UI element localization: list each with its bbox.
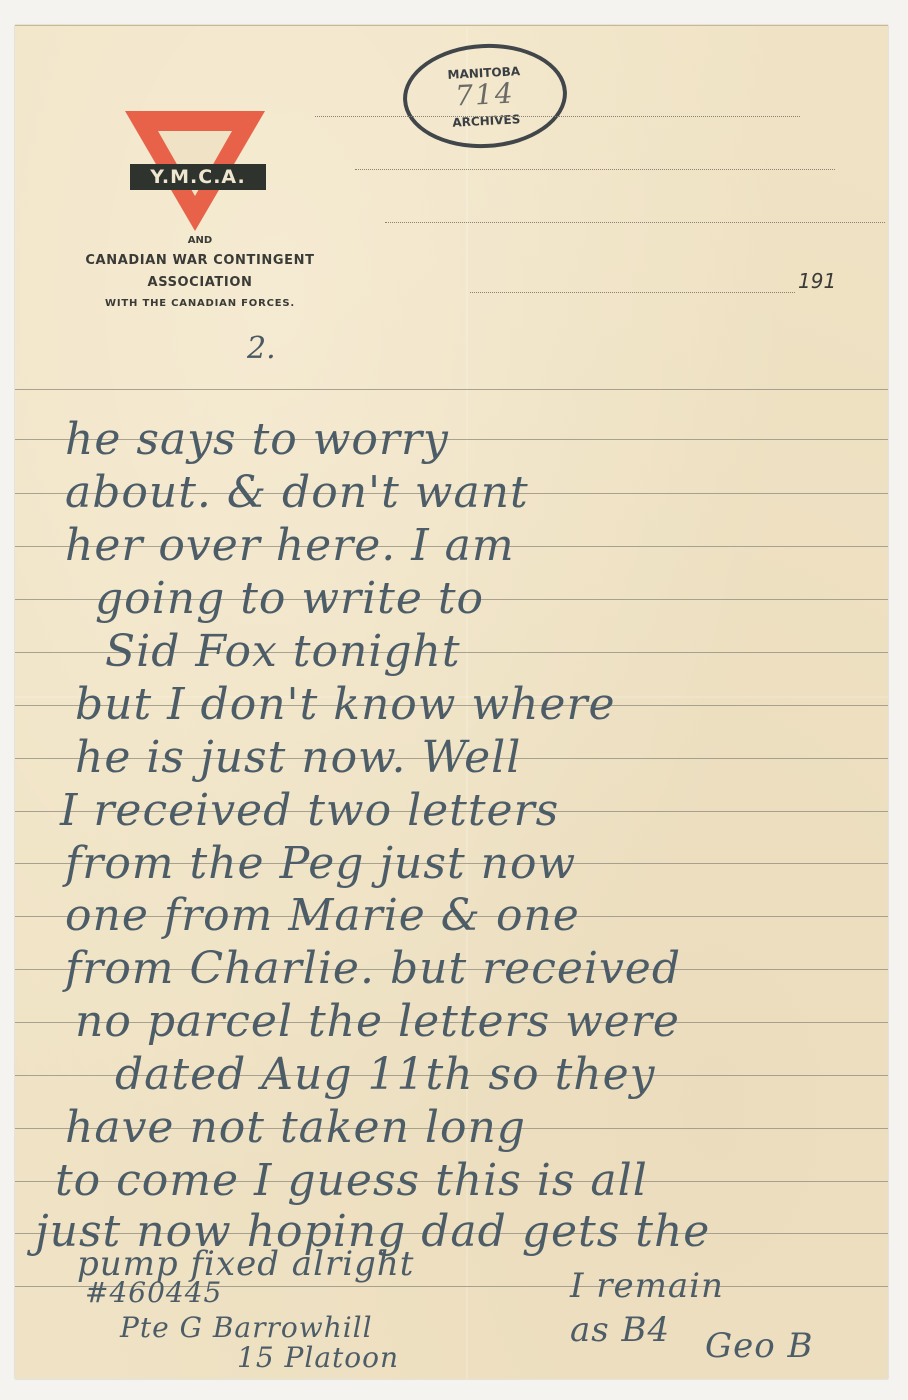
closing-remain: I remain bbox=[570, 1266, 724, 1306]
signature: Geo B bbox=[705, 1326, 814, 1366]
closing-as-before: as B4 bbox=[570, 1310, 670, 1350]
handwritten-line: but I don't know where bbox=[75, 679, 616, 730]
handwritten-line: about. & don't want bbox=[65, 467, 529, 518]
letterhead-line-3: WITH THE CANADIAN FORCES. bbox=[45, 298, 355, 309]
letterhead-line-2: ASSOCIATION bbox=[45, 275, 355, 290]
sender-name: Pte G Barrowhill bbox=[120, 1311, 373, 1344]
address-line-1 bbox=[315, 116, 800, 117]
letter-page: Y.M.C.A. AND CANADIAN WAR CONTINGENT ASS… bbox=[15, 25, 888, 1379]
handwritten-line: from Charlie. but received bbox=[65, 943, 681, 994]
date-line bbox=[470, 292, 795, 293]
letterhead-and: AND bbox=[45, 235, 355, 246]
handwritten-line: I received two letters bbox=[60, 785, 559, 836]
ruled-line bbox=[15, 389, 888, 390]
stamp-number: 714 bbox=[406, 74, 564, 115]
handwritten-line: from the Peg just now bbox=[65, 838, 576, 889]
ymca-logo-band: Y.M.C.A. bbox=[130, 164, 266, 190]
handwritten-line: going to write to bbox=[95, 573, 484, 624]
handwritten-line: he is just now. Well bbox=[75, 732, 521, 783]
sender-unit: 15 Platoon bbox=[237, 1341, 399, 1374]
page-number: 2. bbox=[247, 331, 276, 366]
address-line-2 bbox=[355, 169, 835, 170]
date-year-prefix: 191 bbox=[798, 269, 836, 293]
handwritten-line: her over here. I am bbox=[65, 520, 515, 571]
service-number: #460445 bbox=[85, 1276, 222, 1309]
handwritten-line: dated Aug 11th so they bbox=[115, 1049, 656, 1100]
handwritten-line: one from Marie & one bbox=[65, 890, 580, 941]
manitoba-archives-stamp: MANITOBA 714 ARCHIVES bbox=[400, 40, 569, 152]
handwritten-line: have not taken long bbox=[65, 1102, 526, 1153]
handwritten-line: to come I guess this is all bbox=[55, 1155, 648, 1206]
handwritten-line: Sid Fox tonight bbox=[105, 626, 461, 677]
letterhead-line-1: CANADIAN WAR CONTINGENT bbox=[45, 253, 355, 268]
address-line-3 bbox=[385, 222, 885, 223]
handwritten-line: no parcel the letters were bbox=[75, 996, 680, 1047]
handwritten-line: he says to worry bbox=[65, 414, 449, 465]
